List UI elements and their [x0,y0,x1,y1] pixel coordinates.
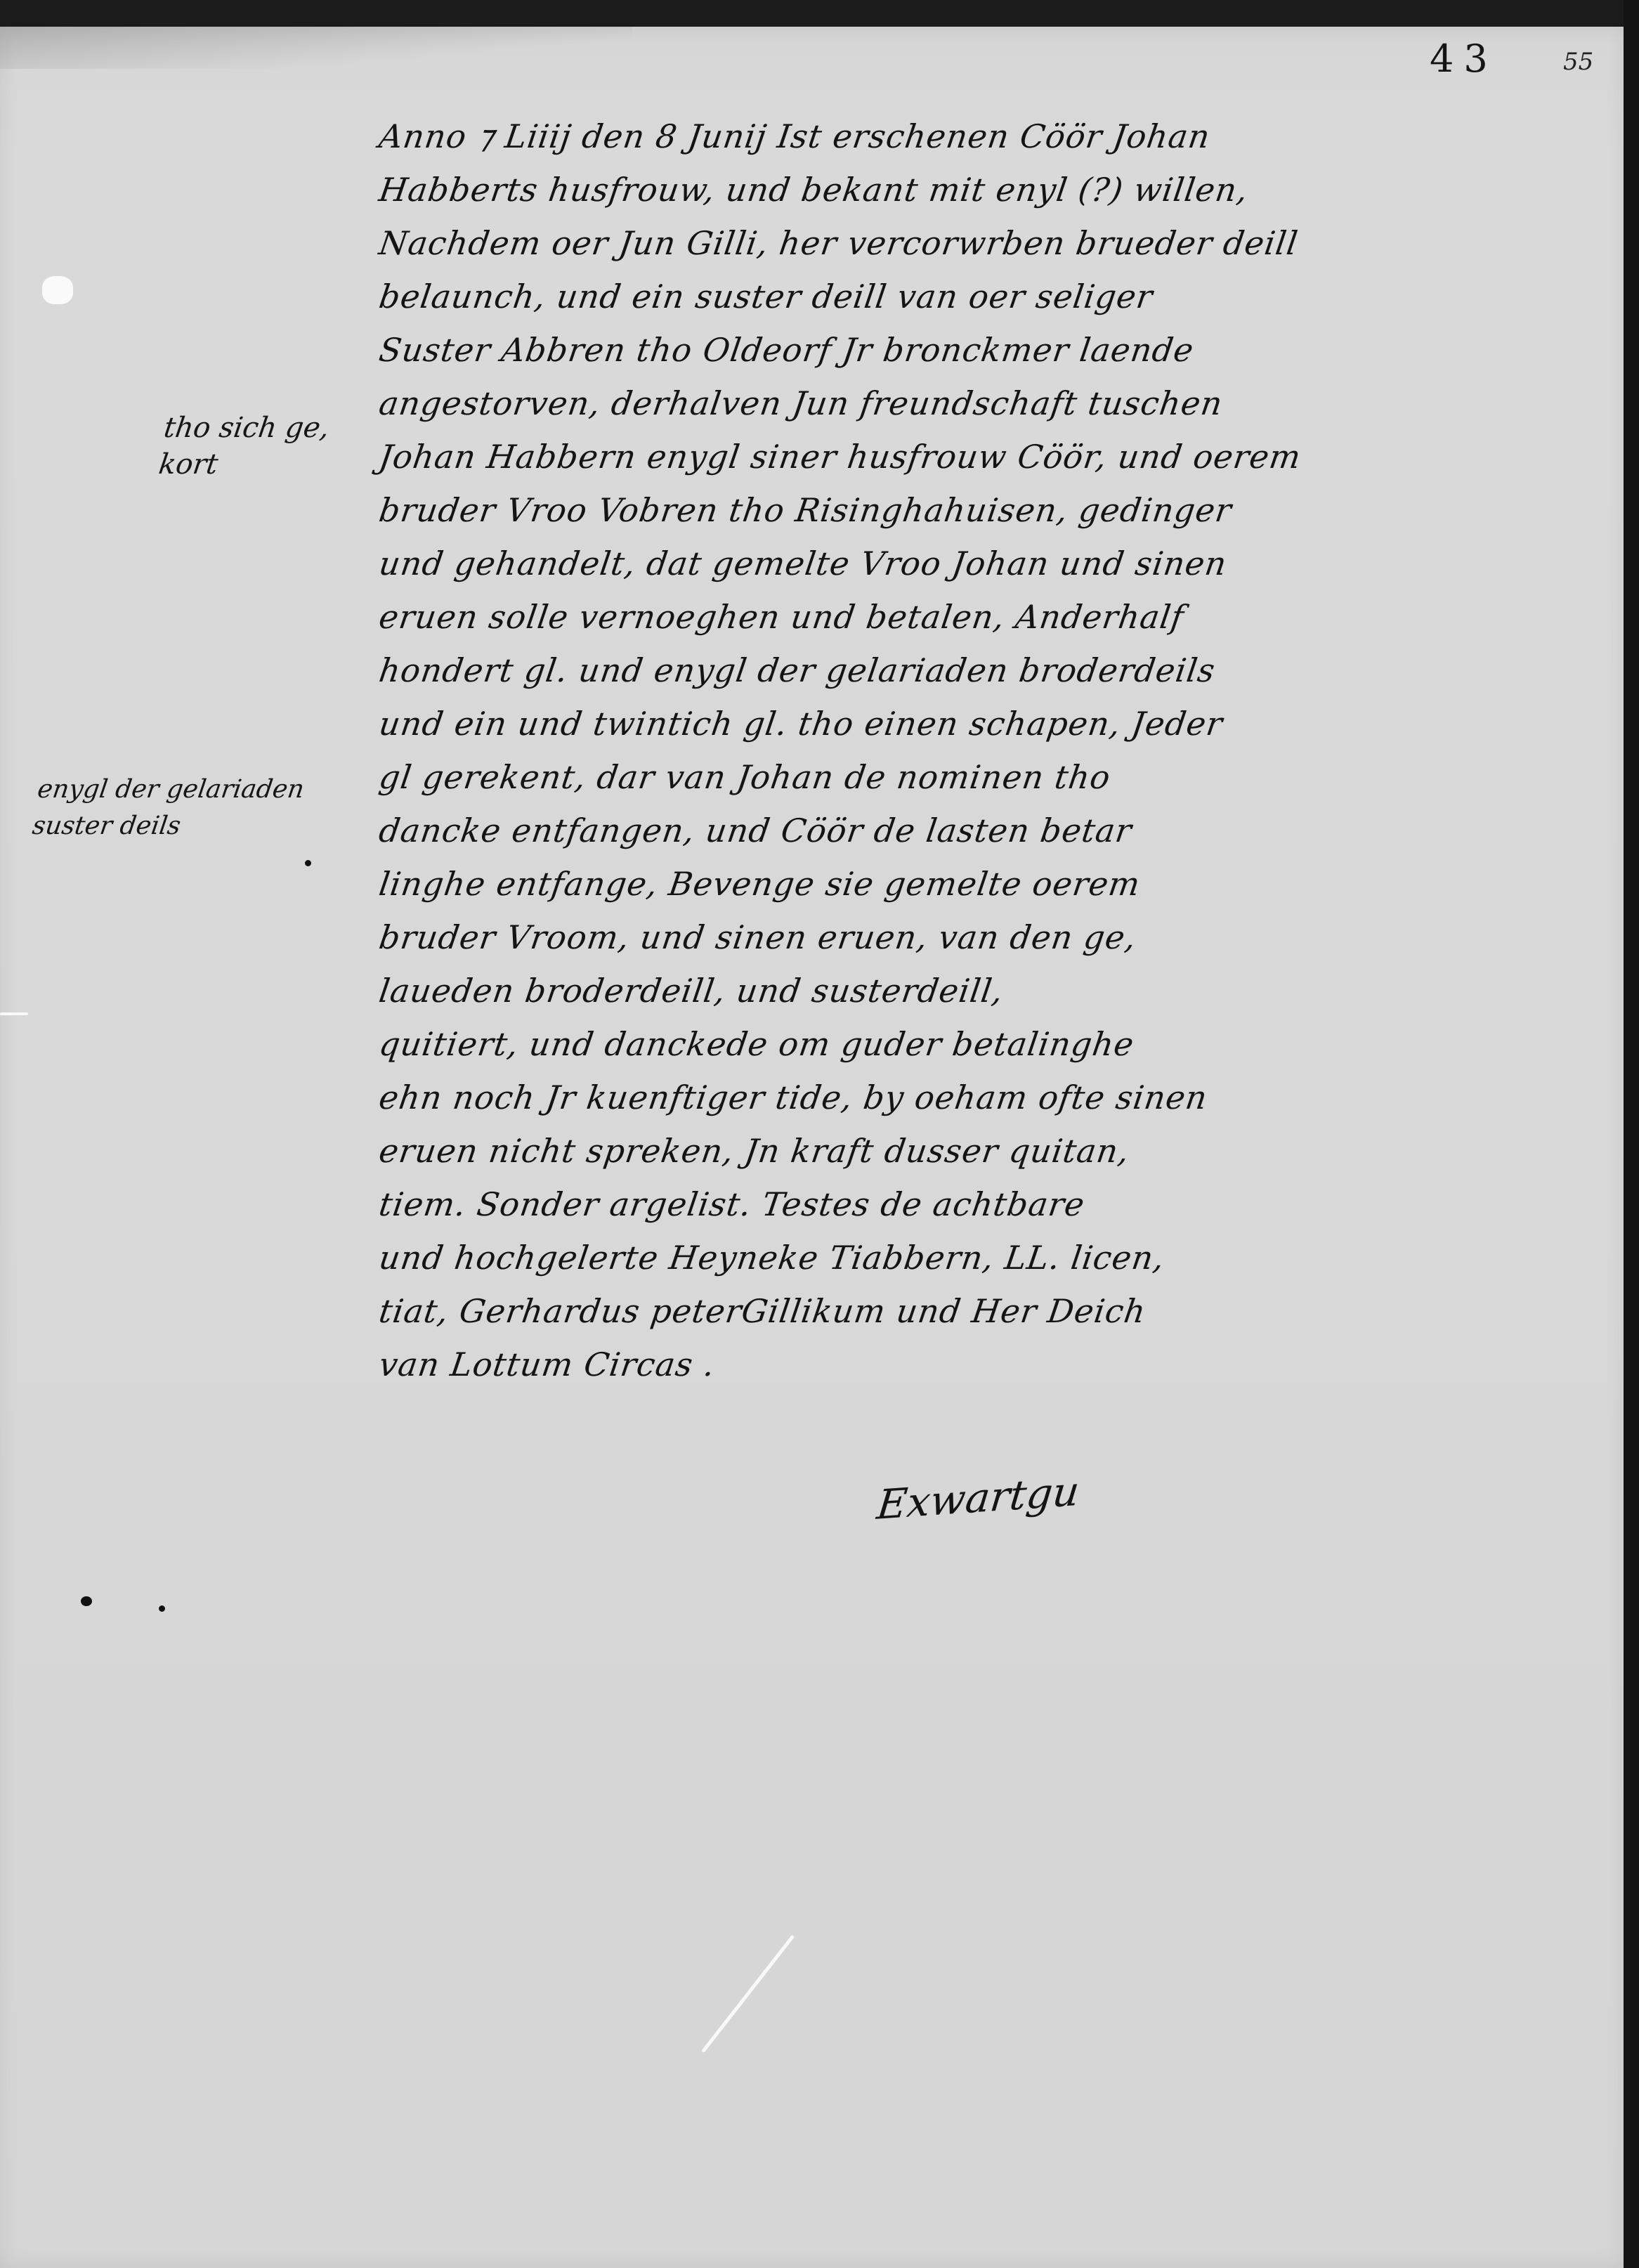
text-line: hondert gl. und enygl der gelariaden bro… [376,644,1606,697]
margin-note-line: enygl der gelariaden [35,771,306,808]
film-scratch [701,1934,795,2053]
text-line: und gehandelt, dat gemelte Vroo Johan un… [376,537,1606,590]
ink-blot [159,1605,165,1612]
text-line: belaunch, und ein suster deill van oer s… [376,270,1606,323]
document-scan: 43 55 tho sich ge, kort enygl der gelari… [0,0,1639,2268]
margin-note-line: suster deils [30,808,301,845]
margin-note-line: tho sich ge, [162,410,332,446]
text-line: tiat, Gerhardus peterGillikum und Her De… [376,1284,1606,1338]
text-line: van Lottum Circas . [376,1338,1606,1391]
folio-number-alt: 55 [1563,48,1593,76]
ink-blot [305,860,311,866]
text-line: Nachdem oer Jun Gilli, her vercorwrben b… [376,216,1606,270]
text-line: Anno ⁊ Liiij den 8 Junij Ist erschenen C… [376,110,1606,163]
text-line: eruen solle vernoeghen und betalen, Ande… [376,590,1606,644]
manuscript-body: Anno ⁊ Liiij den 8 Junij Ist erschenen C… [379,110,1602,1391]
margin-note-1: tho sich ge, kort [157,410,332,483]
ink-blot [81,1596,92,1606]
folio-number: 43 [1430,37,1498,81]
text-line: bruder Vroo Vobren tho Risinghahuisen, g… [376,483,1606,537]
text-line: Suster Abbren tho Oldeorf Jr bronckmer l… [376,323,1606,377]
text-line: Johan Habbern enygl siner husfrouw Cöör,… [376,430,1606,483]
film-scratch [42,276,73,304]
text-line: eruen nicht spreken, Jn kraft dusser qui… [376,1124,1606,1178]
film-scratch [0,1012,28,1015]
text-line: und ein und twintich gl. tho einen schap… [376,697,1606,750]
notary-signature: Exwartgu [875,1467,1082,1529]
margin-note-2: enygl der gelariaden suster deils [30,771,307,845]
text-line: bruder Vroom, und sinen eruen, van den g… [376,911,1606,964]
text-line: und hochgelerte Heyneke Tiabbern, LL. li… [376,1231,1606,1284]
text-line: linghe entfange, Bevenge sie gemelte oer… [376,857,1606,911]
text-line: angestorven, derhalven Jun freundschaft … [376,377,1606,430]
page-fold-shadow [0,27,632,69]
text-line: Habberts husfrouw, und bekant mit enyl (… [376,163,1606,216]
text-line: quitiert, und danckede om guder betaling… [376,1017,1606,1071]
text-line: dancke entfangen, und Cöör de lasten bet… [376,804,1606,857]
text-line: gl gerekent, dar van Johan de nominen th… [376,750,1606,804]
margin-note-line: kort [157,446,327,483]
text-line: tiem. Sonder argelist. Testes de achtbar… [376,1178,1606,1231]
manuscript-page: 43 55 tho sich ge, kort enygl der gelari… [0,27,1624,2268]
text-line: laueden broderdeill, und susterdeill, [376,964,1606,1017]
text-line: ehn noch Jr kuenftiger tide, by oeham of… [376,1071,1606,1124]
scan-border-right [1624,0,1639,2268]
